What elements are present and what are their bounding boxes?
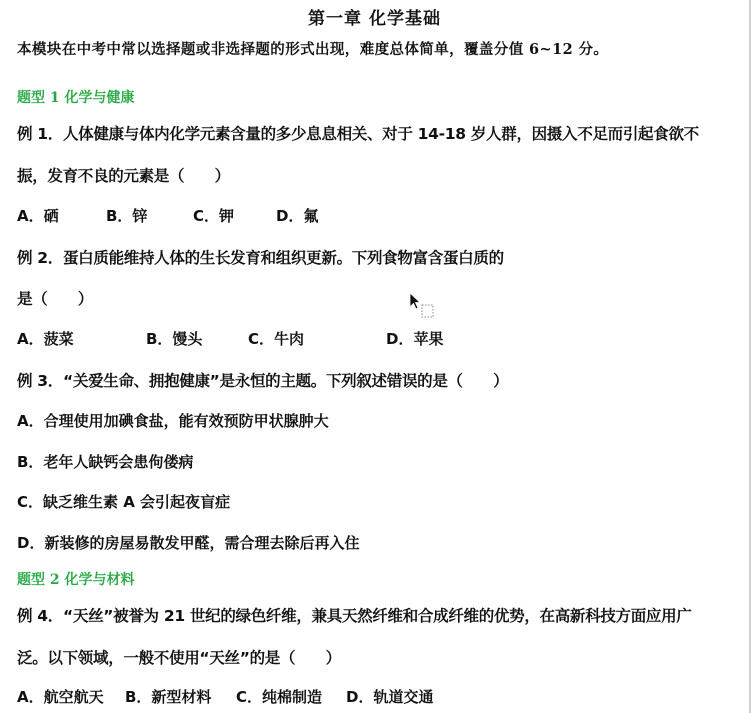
example-2-line-1: 例 2．蛋白质能维持人体的生长发育和组织更新。下列食物富含蛋白质的 — [17, 246, 504, 268]
example-1-option-b: B．锌 — [106, 205, 147, 226]
section-heading-materials: 题型 2 化学与材料 — [17, 569, 135, 589]
mouse-cursor-drag-icon — [409, 292, 435, 320]
example-1-line-1: 例 1．人体健康与体内化学元素含量的多少息息相关、对于 14-18 岁人群，因摄… — [17, 122, 699, 144]
example-4-option-c: C．纯棉制造 — [236, 686, 322, 707]
example-4-line-1: 例 4．“天丝”被誉为 21 世纪的绿色纤维，兼具天然纤维和合成纤维的优势，在高… — [17, 604, 692, 626]
example-1-option-a: A．硒 — [17, 205, 59, 226]
example-2-option-d: D．苹果 — [386, 328, 443, 349]
example-3-option-d: D．新装修的房屋易散发甲醛，需合理去除后再入住 — [17, 532, 359, 553]
example-4-line-2: 泛。以下领域，一般不使用“天丝”的是（ ） — [17, 646, 341, 668]
example-2-line-2: 是（ ） — [17, 287, 93, 309]
example-3-option-b: B．老年人缺钙会患佝偻病 — [17, 451, 193, 472]
module-intro: 本模块在中考中常以选择题或非选择题的形式出现，难度总体简单，覆盖分值 6~12 … — [17, 38, 608, 59]
example-1-option-c: C．钾 — [193, 205, 234, 226]
example-1-option-d: D．氟 — [276, 205, 318, 226]
section-heading-health: 题型 1 化学与健康 — [17, 87, 135, 107]
example-4-option-b: B．新型材料 — [125, 686, 211, 707]
example-2-option-a: A．菠菜 — [17, 328, 74, 349]
example-3-line-1: 例 3．“关爱生命、拥抱健康”是永恒的主题。下列叙述错误的是（ ） — [17, 369, 508, 391]
document-page: 第一章 化学基础 本模块在中考中常以选择题或非选择题的形式出现，难度总体简单，覆… — [0, 0, 749, 713]
example-4-option-d: D．轨道交通 — [346, 686, 433, 707]
example-1-line-2: 振，发育不良的元素是（ ） — [17, 164, 230, 186]
example-2-option-b: B．馒头 — [146, 328, 202, 349]
example-2-option-c: C．牛肉 — [248, 328, 304, 349]
example-3-option-a: A．合理使用加碘食盐，能有效预防甲状腺肿大 — [17, 410, 329, 431]
example-3-option-c: C．缺乏维生素 A 会引起夜盲症 — [17, 491, 230, 512]
chapter-title: 第一章 化学基础 — [0, 4, 749, 29]
example-4-option-a: A．航空航天 — [17, 686, 104, 707]
